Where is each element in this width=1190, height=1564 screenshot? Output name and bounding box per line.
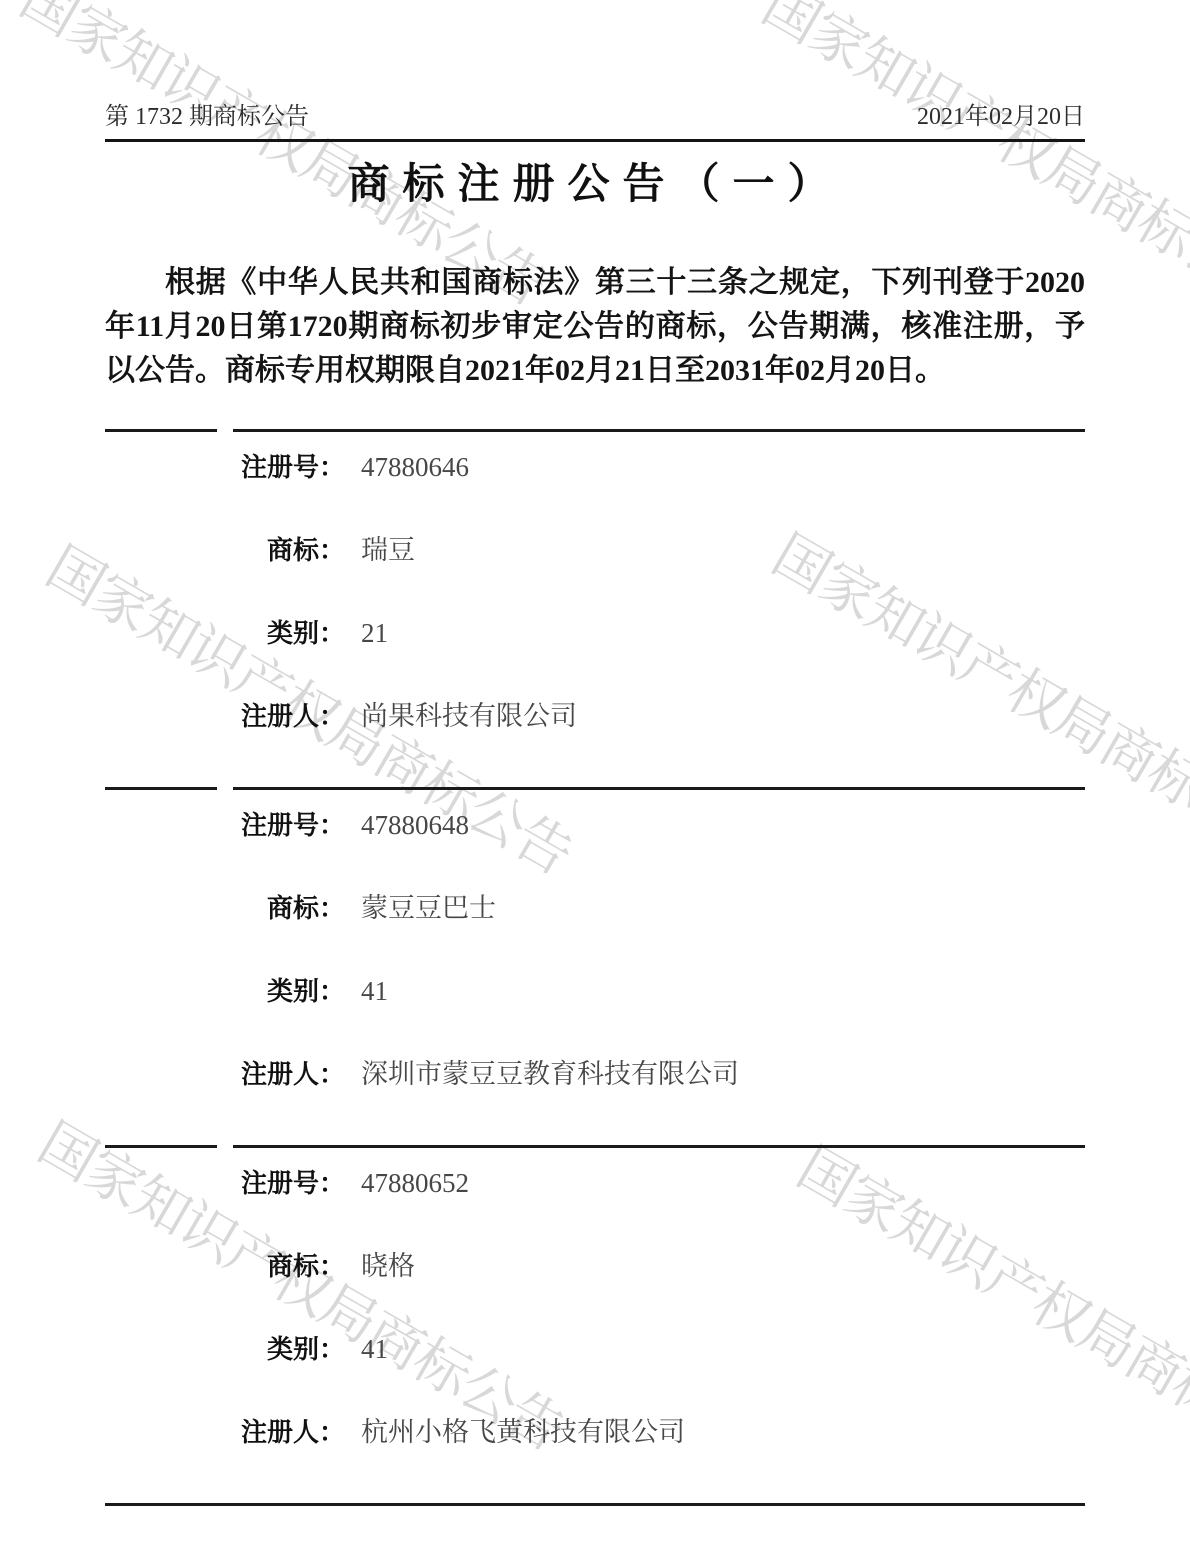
reg-no-row: 注册号： 47880646: [105, 449, 1085, 486]
reg-no-value: 47880652: [361, 1165, 469, 1201]
registrant-value: 尚果科技有限公司: [361, 698, 577, 734]
gazette-page: 国家知识产权局商标公告 国家知识产权局商标公告 国家知识产权局商标公告 国家知识…: [0, 0, 1190, 1564]
registrant-value: 杭州小格飞黄科技有限公司: [361, 1414, 685, 1450]
page-header: 第 1732 期商标公告 2021年02月20日: [105, 0, 1085, 131]
reg-no-label: 注册号：: [105, 1166, 345, 1202]
record: 注册号： 47880648 商标： 蒙豆豆巴士 类别： 41 注册人： 深圳市蒙…: [105, 790, 1085, 1145]
class-label: 类别：: [105, 1332, 345, 1368]
class-label: 类别：: [105, 616, 345, 652]
intro-paragraph: 根据《中华人民共和国商标法》第三十三条之规定，下列刊登于2020年11月20日第…: [105, 261, 1085, 393]
record: 注册号： 47880652 商标： 晓格 类别： 41 注册人： 杭州小格飞黄科…: [105, 1148, 1085, 1503]
registrant-label: 注册人：: [105, 699, 345, 735]
mark-value: 瑞豆: [361, 532, 415, 568]
records-section: 注册号： 47880646 商标： 瑞豆 类别： 21 注册人： 尚果科技有限公…: [105, 429, 1085, 1506]
registrant-label: 注册人：: [105, 1057, 345, 1093]
mark-row: 商标： 瑞豆: [105, 532, 1085, 569]
record-separator: [105, 429, 1085, 432]
reg-no-row: 注册号： 47880648: [105, 807, 1085, 844]
reg-no-value: 47880646: [361, 449, 469, 485]
mark-value: 蒙豆豆巴士: [361, 890, 496, 926]
record-separator: [105, 1503, 1085, 1506]
reg-no-row: 注册号： 47880652: [105, 1165, 1085, 1202]
publication-date: 2021年02月20日: [917, 96, 1085, 131]
registrant-row: 注册人： 尚果科技有限公司: [105, 698, 1085, 735]
page-content: 第 1732 期商标公告 2021年02月20日 商标注册公告（一） 根据《中华…: [0, 0, 1190, 1506]
page-title: 商标注册公告（一）: [0, 151, 1190, 211]
class-label: 类别：: [105, 974, 345, 1010]
issue-number: 第 1732 期商标公告: [105, 96, 309, 131]
header-rule: [105, 139, 1085, 142]
mark-row: 商标： 蒙豆豆巴士: [105, 890, 1085, 927]
record: 注册号： 47880646 商标： 瑞豆 类别： 21 注册人： 尚果科技有限公…: [105, 432, 1085, 787]
mark-label: 商标：: [105, 891, 345, 927]
class-row: 类别： 41: [105, 1331, 1085, 1368]
mark-label: 商标：: [105, 1249, 345, 1285]
registrant-value: 深圳市蒙豆豆教育科技有限公司: [361, 1056, 739, 1092]
record-separator: [105, 787, 1085, 790]
record-separator: [105, 1145, 1085, 1148]
class-value: 41: [361, 973, 388, 1009]
registrant-row: 注册人： 深圳市蒙豆豆教育科技有限公司: [105, 1056, 1085, 1093]
reg-no-label: 注册号：: [105, 450, 345, 486]
mark-value: 晓格: [361, 1248, 415, 1284]
class-value: 41: [361, 1331, 388, 1367]
reg-no-value: 47880648: [361, 807, 469, 843]
class-value: 21: [361, 615, 388, 651]
registrant-row: 注册人： 杭州小格飞黄科技有限公司: [105, 1414, 1085, 1451]
class-row: 类别： 41: [105, 973, 1085, 1010]
mark-label: 商标：: [105, 533, 345, 569]
class-row: 类别： 21: [105, 615, 1085, 652]
registrant-label: 注册人：: [105, 1415, 345, 1451]
reg-no-label: 注册号：: [105, 808, 345, 844]
mark-row: 商标： 晓格: [105, 1248, 1085, 1285]
